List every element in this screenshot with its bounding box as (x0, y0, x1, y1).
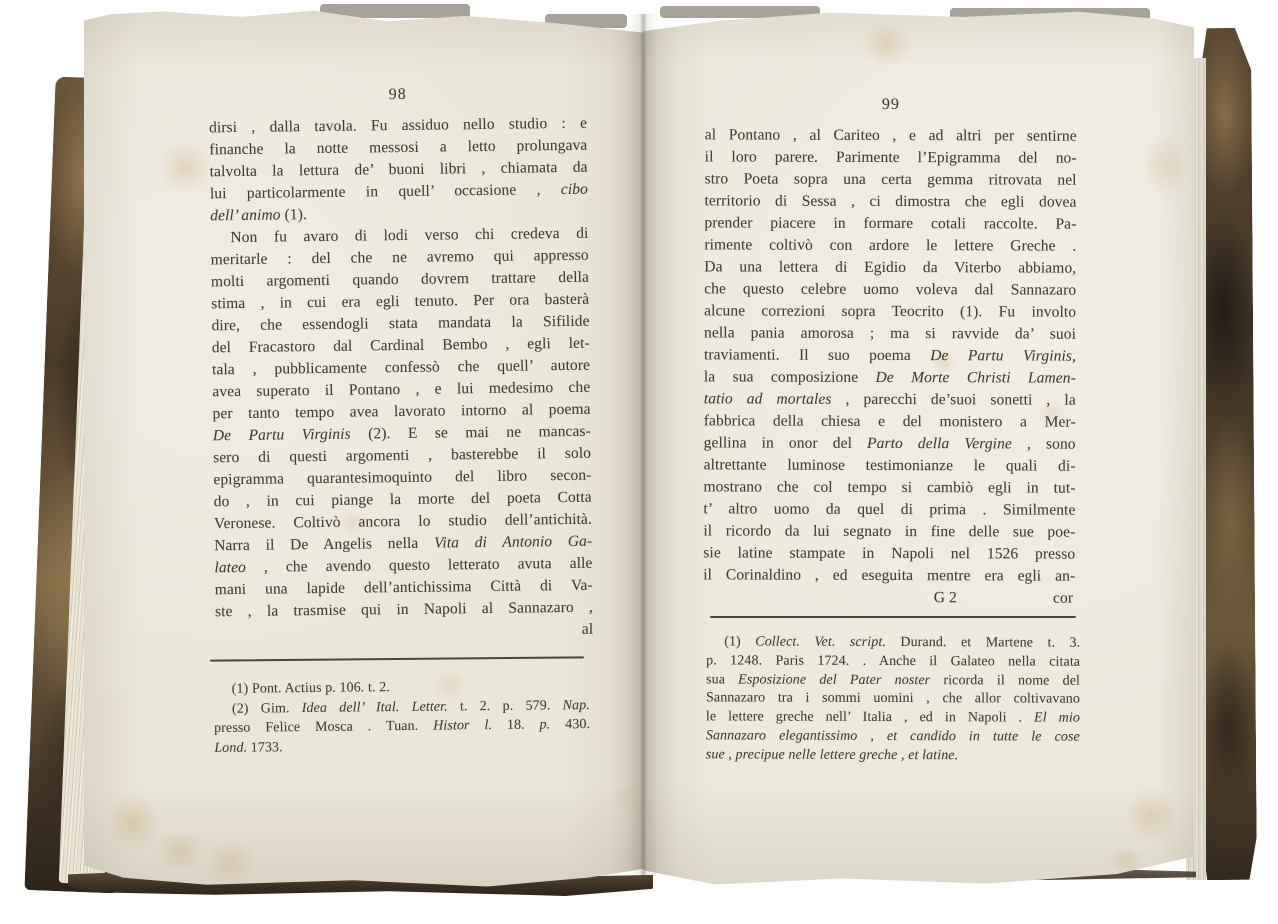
text-line: la sua composizione De Morte Christi Lam… (704, 366, 1076, 389)
text-line: al Pontano , al Cariteo , e ad altri per… (705, 124, 1077, 147)
text-line: territorio di Sessa , ci dimostra che eg… (704, 190, 1076, 213)
page-98-text: 98 dirsi , dalla tavola. Fu assiduo nell… (209, 82, 594, 646)
page-98-body: dirsi , dalla tavola. Fu assiduo nello s… (209, 113, 593, 624)
text-line: rimente coltivò con ardore le lettere Gr… (704, 234, 1076, 257)
text-line: traviamenti. Il suo poema De Partu Virgi… (704, 344, 1076, 367)
book-gutter (628, 14, 658, 880)
text-line: nella pania amorosa ; ma si ravvide da’ … (704, 322, 1076, 345)
footnote-separator (710, 616, 1076, 618)
page-98-footnote-body: (1) Pont. Actius p. 106. t. 2.(2) Gim. I… (214, 676, 591, 758)
text-line: sua Esposizione del Pater noster ricorda… (706, 671, 1080, 691)
text-line: lui particolarmente in quell’ occasione … (210, 179, 588, 206)
text-line: il loro parere. Parimente l’Epigramma de… (705, 146, 1077, 169)
text-line: alcune correzioni sopra Teocrito (1). Fu… (704, 300, 1076, 323)
text-line: t’ altro uomo da quel di prima . Similme… (703, 498, 1075, 521)
text-line: p. 1248. Paris 1724. . Anche il Galateo … (706, 652, 1080, 672)
right-cover-board (1197, 28, 1257, 880)
signature-mark: G 2 (934, 587, 957, 609)
text-line: altrettante luminose testimonianze le qu… (704, 454, 1076, 477)
text-line: Lond. 1733. (214, 735, 590, 758)
text-line: che questo celebre uomo voleva dal Sanna… (704, 278, 1076, 301)
catchword: cor (1053, 588, 1073, 610)
text-line: ste , la trasmise qui in Napoli al Sanna… (215, 597, 593, 624)
text-line: Sannazaro tra i sommi uomini , che allor… (706, 690, 1080, 710)
text-line: Sannazaro elegantissimo , et candido in … (706, 727, 1080, 747)
signature-line: G 2 cor (703, 586, 1075, 609)
text-line: il ricordo da lui segnato in fine delle … (703, 520, 1075, 543)
text-line: sue , precipue nelle lettere greche , et… (706, 746, 1080, 766)
text-line: gellina in onor del Parto della Vergine … (704, 432, 1076, 455)
text-line: stro Poeta sopra una certa gemma ritrova… (705, 168, 1077, 191)
page-number-99: 99 (705, 93, 1077, 116)
catchword: al (215, 619, 593, 646)
page-number-98: 98 (209, 82, 587, 109)
page-99-body: al Pontano , al Cariteo , e ad altri per… (703, 124, 1077, 587)
text-line: il Corinaldino , ed eseguita mentre era … (703, 564, 1075, 587)
text-line: (1) Collect. Vet. script. Durand. et Mar… (706, 633, 1080, 653)
text-line: mostrano che col tempo si cambiò egli in… (703, 476, 1075, 499)
text-line: prender piacere in formare cotali raccol… (704, 212, 1076, 235)
page-99-footnotes: (1) Collect. Vet. script. Durand. et Mar… (706, 633, 1080, 766)
text-line: le lettere greche nell’ Italia , ed in N… (706, 709, 1080, 729)
text-line: presso Felice Mosca . Tuan. Histor l. 18… (214, 715, 590, 738)
text-line: Da una lettera di Egidio da Viterbo abbi… (704, 256, 1076, 279)
text-line: sie latine stampate in Napoli nel 1526 p… (703, 542, 1075, 565)
text-line: fabbrica della chiesa e del monistero a … (704, 410, 1076, 433)
page-99-text: 99 al Pontano , al Cariteo , e ad altri … (703, 93, 1077, 609)
page-99-footnote-body: (1) Collect. Vet. script. Durand. et Mar… (706, 633, 1080, 766)
page-98-footnotes: (1) Pont. Actius p. 106. t. 2.(2) Gim. I… (214, 676, 591, 758)
text-line: tatio ad mortales , parecchi de’suoi son… (704, 388, 1076, 411)
